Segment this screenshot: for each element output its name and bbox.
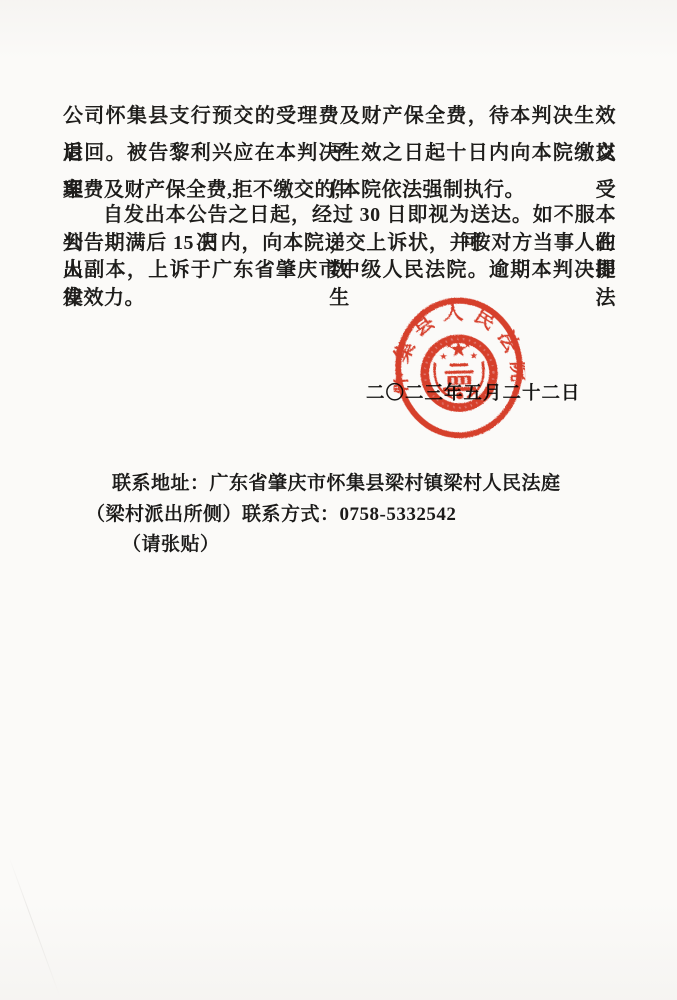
contact-address: 联系地址：广东省肇庆市怀集县梁村镇梁村人民法庭: [112, 468, 561, 495]
text-line: 公司怀集县支行预交的受理费及财产保全费，待本判决生效后予以: [63, 98, 616, 135]
contact-phone: （梁村派出所侧）联系方式：0758-5332542: [86, 499, 456, 526]
body-paragraph-1: 公司怀集县支行预交的受理费及财产保全费，待本判决生效后予以 退回。被告黎利兴应在…: [63, 98, 616, 209]
paper-crease: [8, 856, 60, 997]
small-star-icon: [470, 352, 477, 359]
seal-graphic: 怀集县人民法院: [391, 299, 527, 437]
body-paragraph-2: 自发出本公告之日起，经过 30 日即视为送达。如不服本判决，可在 公告期满后 1…: [63, 202, 616, 312]
small-star-icon: [440, 353, 447, 360]
posting-note: （请张贴）: [122, 529, 220, 556]
document-page: 公司怀集县支行预交的受理费及财产保全费，待本判决生效后予以 退回。被告黎利兴应在…: [0, 0, 677, 1000]
text-line: 出副本，上诉于广东省肇庆市中级人民法院。逾期本判决即发生法: [63, 257, 616, 285]
emblem-gear-icon: [456, 392, 463, 399]
tiananmen-gate-icon: [433, 361, 485, 400]
court-seal: 怀集县人民法院: [391, 293, 527, 442]
text-line: 公告期满后 15 日内，向本院递交上诉状，并按对方当事人的人数提: [63, 230, 616, 258]
text-line: 退回。被告黎利兴应在本判决生效之日起十日内向本院缴交案件受: [63, 135, 616, 172]
text-line: 自发出本公告之日起，经过 30 日即视为送达。如不服本判决，可在: [63, 202, 616, 230]
